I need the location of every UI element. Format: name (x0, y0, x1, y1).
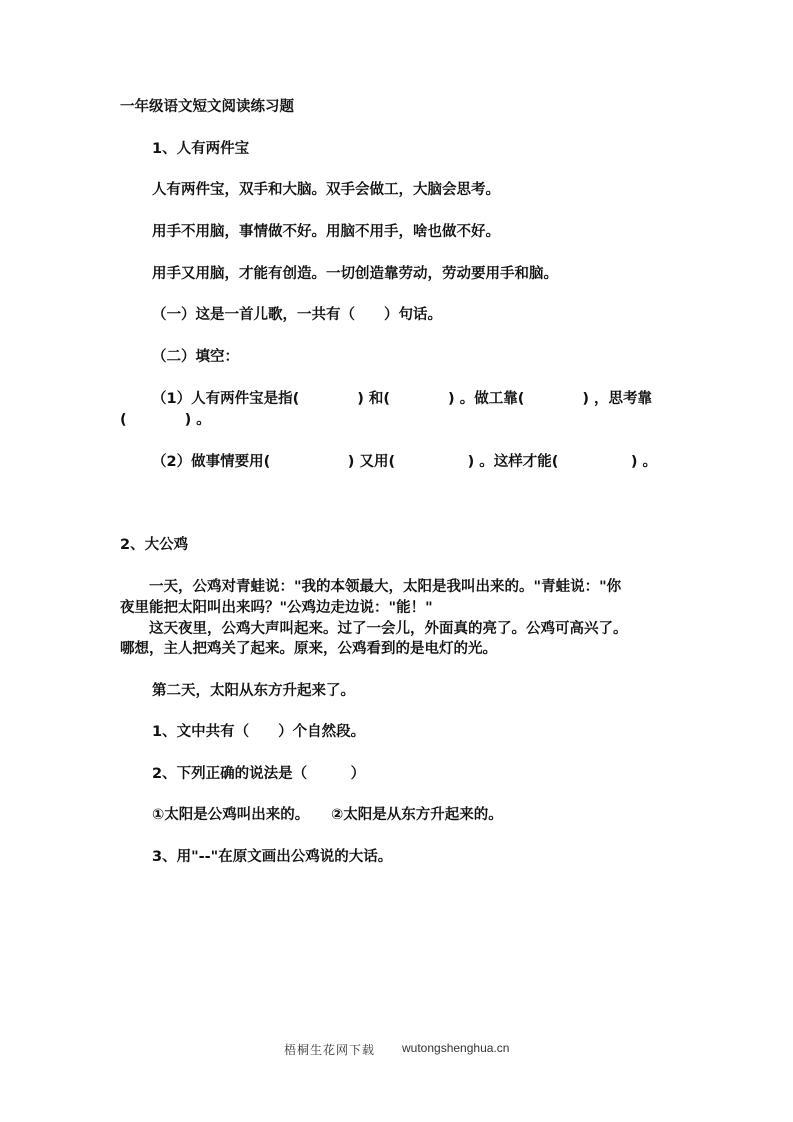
story-para-2-line-1: 这天夜里，公鸡大声叫起来。过了一会儿，外面真的亮了。公鸡可高兴了。 (120, 620, 628, 638)
story-para-1-line-1: 一天，公鸡对青蛙说："我的本领最大，太阳是我叫出来的。"青蛙说："你 (120, 578, 621, 596)
question-1-2-2: （2）做事情要用( ) 又用( ) 。这样才能( ) 。 (152, 453, 657, 471)
question-2-2: 2、下列正确的说法是（ ） (152, 765, 365, 783)
story-para-1-line-2: 夜里能把太阳叫出来吗？"公鸡边走边说："能！" (120, 599, 433, 617)
question-2-2-options: ①太阳是公鸡叫出来的。 ②太阳是从东方升起来的。 (152, 806, 503, 824)
section-1-heading: 1、人有两件宝 (152, 140, 249, 158)
footer-url: wutongshenghua.cn (402, 1041, 509, 1055)
story-para-2-line-2: 哪想，主人把鸡关了起来。原来，公鸡看到的是电灯的光。 (120, 640, 497, 658)
question-2-3: 3、用"--"在原文画出公鸡说的大话。 (152, 848, 392, 866)
poem-line-1: 人有两件宝，双手和大脑。双手会做工，大脑会思考。 (152, 181, 500, 199)
poem-line-2: 用手不用脑，事情做不好。用脑不用手，啥也做不好。 (152, 223, 500, 241)
document-title: 一年级语文短文阅读练习题 (120, 98, 294, 116)
footer-site-name: 梧桐生花网下载 (284, 1041, 375, 1058)
story-para-3: 第二天，太阳从东方升起来了。 (152, 682, 355, 700)
question-1-2-1-line-2: ( ) 。 (120, 411, 211, 429)
question-1-2-1-line-1: （1）人有两件宝是指( ) 和( ) 。做工靠( ) ，思考靠 (152, 390, 652, 408)
poem-line-3: 用手又用脑，才能有创造。一切创造靠劳动，劳动要用手和脑。 (152, 265, 558, 283)
question-2-1: 1、文中共有（ ）个自然段。 (152, 723, 365, 741)
section-2-heading: 2、大公鸡 (120, 536, 188, 554)
question-1-2-heading: （二）填空： (152, 348, 239, 366)
question-1-1: （一）这是一首儿歌，一共有（ ）句话。 (152, 306, 442, 324)
